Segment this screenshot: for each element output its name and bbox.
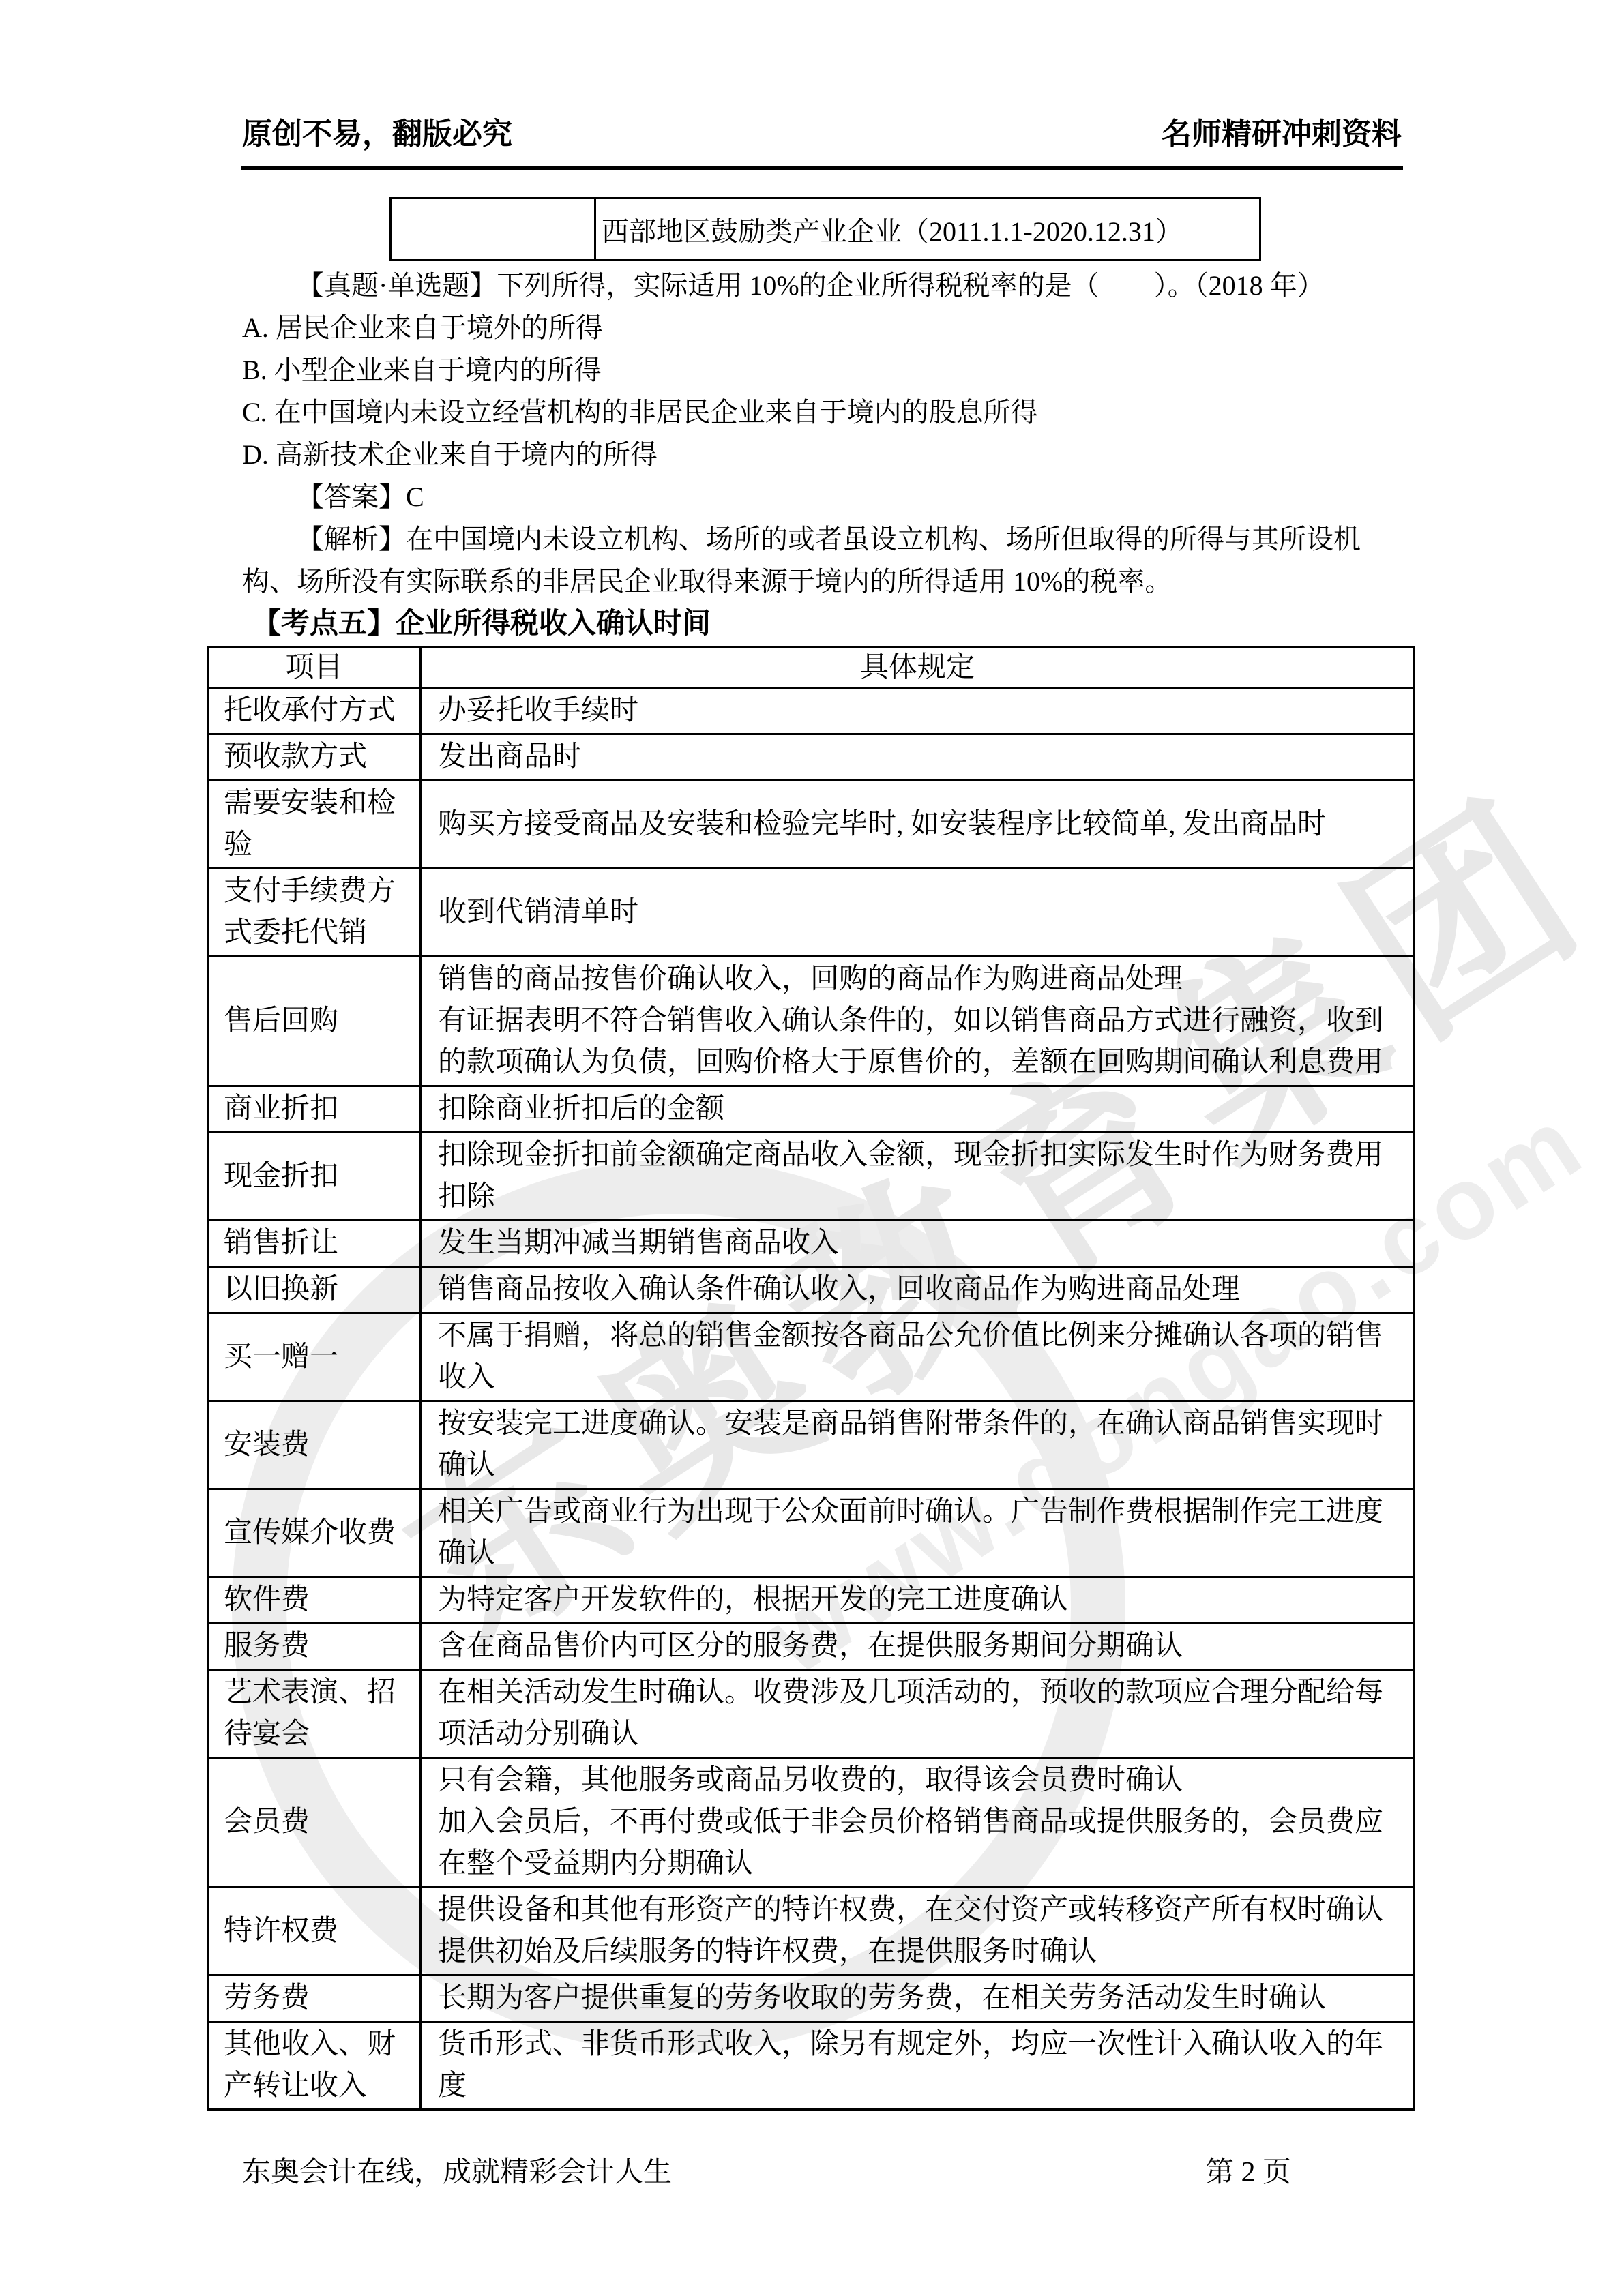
rule-paragraph: 不属于捐赠，将总的销售金额按各商品公允价值比例来分摊确认各项的销售收入: [438, 1315, 1405, 1399]
rule-paragraph: 加入会员后，不再付费或低于非会员价格销售商品或提供服务的，会员费应在整个受益期内…: [438, 1802, 1405, 1885]
rule-paragraph: 为特定客户开发软件的，根据开发的完工进度确认: [438, 1579, 1405, 1621]
revenue-recognition-table: 项目 具体规定 托收承付方式办妥托收手续时预收款方式发出商品时需要安装和检验购买…: [207, 646, 1415, 2111]
header-divider: [241, 166, 1403, 170]
item-cell: 以旧换新: [208, 1267, 421, 1313]
rule-cell: 销售的商品按售价确认收入，回购的商品作为购进商品处理有证据表明不符合销售收入确认…: [421, 957, 1415, 1086]
rule-cell: 发出商品时: [421, 734, 1415, 781]
question-option-a: A. 居民企业来自于境外的所得: [242, 307, 1402, 349]
page-number: 第 2 页: [1205, 2149, 1291, 2190]
table-row: 宣传媒介收费相关广告或商业行为出现于公众面前时确认。广告制作费根据制作完工进度确…: [208, 1489, 1415, 1577]
question-stem: 【真题·单选题】下列所得，实际适用 10%的企业所得税税率的是（ ）。（2018…: [242, 265, 1402, 307]
item-cell: 软件费: [208, 1577, 421, 1624]
rule-cell: 购买方接受商品及安装和检验完毕时, 如安装程序比较简单, 发出商品时: [421, 781, 1415, 869]
rule-cell: 扣除商业折扣后的金额: [421, 1086, 1415, 1133]
rule-cell: 为特定客户开发软件的，根据开发的完工进度确认: [421, 1577, 1415, 1624]
rule-cell: 相关广告或商业行为出现于公众面前时确认。广告制作费根据制作完工进度确认: [421, 1489, 1415, 1577]
rule-paragraph: 扣除现金折扣前金额确定商品收入金额，现金折扣实际发生时作为财务费用扣除: [438, 1135, 1405, 1218]
page-footer: 东奥会计在线，成就精彩会计人生 第 2 页: [242, 2149, 1402, 2190]
rule-cell: 提供设备和其他有形资产的特许权费，在交付资产或转移资产所有权时确认提供初始及后续…: [421, 1888, 1415, 1976]
analysis-text: 【解析】在中国境内未设立机构、场所的或者虽设立机构、场所但取得的所得与其所设机构…: [242, 518, 1402, 603]
rule-paragraph: 提供初始及后续服务的特许权费，在提供服务时确认: [438, 1931, 1405, 1973]
item-cell: 安装费: [208, 1401, 421, 1489]
rule-cell: 在相关活动发生时确认。收费涉及几项活动的，预收的款项应合理分配给每项活动分别确认: [421, 1670, 1415, 1758]
table-row: 售后回购销售的商品按售价确认收入，回购的商品作为购进商品处理有证据表明不符合销售…: [208, 957, 1415, 1086]
rule-paragraph: 扣除商业折扣后的金额: [438, 1088, 1405, 1130]
table-row: 软件费为特定客户开发软件的，根据开发的完工进度确认: [208, 1577, 1415, 1624]
table-row: 托收承付方式办妥托收手续时: [208, 688, 1415, 734]
table-row: 艺术表演、招待宴会在相关活动发生时确认。收费涉及几项活动的，预收的款项应合理分配…: [208, 1670, 1415, 1758]
item-cell: 托收承付方式: [208, 688, 421, 734]
table-row: 需要安装和检验购买方接受商品及安装和检验完毕时, 如安装程序比较简单, 发出商品…: [208, 781, 1415, 869]
rule-paragraph: 相关广告或商业行为出现于公众面前时确认。广告制作费根据制作完工进度确认: [438, 1491, 1405, 1575]
item-cell: 买一赠一: [208, 1313, 421, 1401]
rule-paragraph: 销售商品按收入确认条件确认收入，回收商品作为购进商品处理: [438, 1269, 1405, 1311]
item-cell: 艺术表演、招待宴会: [208, 1670, 421, 1758]
rule-cell: 货币形式、非货币形式收入，除另有规定外，均应一次性计入确认收入的年度: [421, 2022, 1415, 2110]
rule-paragraph: 在相关活动发生时确认。收费涉及几项活动的，预收的款项应合理分配给每项活动分别确认: [438, 1672, 1405, 1755]
rule-cell: 收到代销清单时: [421, 869, 1415, 957]
rule-paragraph: 办妥托收手续时: [438, 690, 1405, 732]
item-cell: 销售折让: [208, 1221, 421, 1267]
footer-slogan: 东奥会计在线，成就精彩会计人生: [242, 2157, 672, 2188]
item-cell: 服务费: [208, 1624, 421, 1670]
table-row: 支付手续费方式委托代销收到代销清单时: [208, 869, 1415, 957]
rule-paragraph: 只有会籍，其他服务或商品另收费的，取得该会员费时确认: [438, 1760, 1405, 1802]
rule-paragraph: 购买方接受商品及安装和检验完毕时, 如安装程序比较简单, 发出商品时: [438, 804, 1405, 846]
item-cell: 会员费: [208, 1758, 421, 1888]
table-row: 买一赠一不属于捐赠，将总的销售金额按各商品公允价值比例来分摊确认各项的销售收入: [208, 1313, 1415, 1401]
table-row: 预收款方式发出商品时: [208, 734, 1415, 781]
rule-cell: 办妥托收手续时: [421, 688, 1415, 734]
item-cell: 其他收入、财产转让收入: [208, 2022, 421, 2110]
rule-paragraph: 按安装完工进度确认。安装是商品销售附带条件的，在确认商品销售实现时确认: [438, 1403, 1405, 1487]
rule-paragraph: 销售的商品按售价确认收入，回购的商品作为购进商品处理: [438, 959, 1405, 1000]
rule-paragraph: 货币形式、非货币形式收入，除另有规定外，均应一次性计入确认收入的年度: [438, 2024, 1405, 2107]
item-cell: 商业折扣: [208, 1086, 421, 1133]
fragment-empty-cell: [392, 199, 596, 259]
item-cell: 售后回购: [208, 957, 421, 1086]
table-row: 特许权费提供设备和其他有形资产的特许权费，在交付资产或转移资产所有权时确认提供初…: [208, 1888, 1415, 1976]
table-row: 服务费含在商品售价内可区分的服务费，在提供服务期间分期确认: [208, 1624, 1415, 1670]
item-cell: 现金折扣: [208, 1133, 421, 1221]
answer-text: 【答案】C: [242, 476, 1402, 518]
table-row: 劳务费长期为客户提供重复的劳务收取的劳务费，在相关劳务活动发生时确认: [208, 1976, 1415, 2022]
table-row: 其他收入、财产转让收入货币形式、非货币形式收入，除另有规定外，均应一次性计入确认…: [208, 2022, 1415, 2110]
table-header-row: 项目 具体规定: [208, 648, 1415, 688]
header-left-notice: 原创不易，翻版必究: [242, 109, 512, 153]
page-header: 原创不易，翻版必究 名师精研冲刺资料: [242, 109, 1402, 153]
rule-cell: 长期为客户提供重复的劳务收取的劳务费，在相关劳务活动发生时确认: [421, 1976, 1415, 2022]
rule-cell: 扣除现金折扣前金额确定商品收入金额，现金折扣实际发生时作为财务费用扣除: [421, 1133, 1415, 1221]
header-right-title: 名师精研冲刺资料: [1162, 109, 1402, 153]
rule-paragraph: 长期为客户提供重复的劳务收取的劳务费，在相关劳务活动发生时确认: [438, 1978, 1405, 2019]
rule-paragraph: 提供设备和其他有形资产的特许权费，在交付资产或转移资产所有权时确认: [438, 1890, 1405, 1931]
question-option-c: C. 在中国境内未设立经营机构的非居民企业来自于境内的股息所得: [242, 391, 1402, 434]
item-cell: 需要安装和检验: [208, 781, 421, 869]
table-row: 安装费按安装完工进度确认。安装是商品销售附带条件的，在确认商品销售实现时确认: [208, 1401, 1415, 1489]
table-row: 会员费只有会籍，其他服务或商品另收费的，取得该会员费时确认加入会员后，不再付费或…: [208, 1758, 1415, 1888]
table-row: 现金折扣扣除现金折扣前金额确定商品收入金额，现金折扣实际发生时作为财务费用扣除: [208, 1133, 1415, 1221]
page-body: 【真题·单选题】下列所得，实际适用 10%的企业所得税税率的是（ ）。（2018…: [242, 265, 1402, 2111]
rule-paragraph: 发生当期冲减当期销售商品收入: [438, 1223, 1405, 1264]
table-row: 以旧换新销售商品按收入确认条件确认收入，回收商品作为购进商品处理: [208, 1267, 1415, 1313]
item-cell: 预收款方式: [208, 734, 421, 781]
rule-cell: 发生当期冲减当期销售商品收入: [421, 1221, 1415, 1267]
item-cell: 特许权费: [208, 1888, 421, 1976]
rule-paragraph: 含在商品售价内可区分的服务费，在提供服务期间分期确认: [438, 1626, 1405, 1667]
rule-paragraph: 有证据表明不符合销售收入确认条件的，如以销售商品方式进行融资，收到的款项确认为负…: [438, 1000, 1405, 1084]
column-header-rule: 具体规定: [421, 648, 1415, 688]
item-cell: 劳务费: [208, 1976, 421, 2022]
rule-cell: 只有会籍，其他服务或商品另收费的，取得该会员费时确认加入会员后，不再付费或低于非…: [421, 1758, 1415, 1888]
item-cell: 宣传媒介收费: [208, 1489, 421, 1577]
item-cell: 支付手续费方式委托代销: [208, 869, 421, 957]
rule-cell: 不属于捐赠，将总的销售金额按各商品公允价值比例来分摊确认各项的销售收入: [421, 1313, 1415, 1401]
fragment-policy-cell: 西部地区鼓励类产业企业（2011.1.1-2020.12.31）: [596, 199, 1259, 259]
rule-paragraph: 收到代销清单时: [438, 892, 1405, 934]
question-option-d: D. 高新技术企业来自于境内的所得: [242, 434, 1402, 476]
column-header-item: 项目: [208, 648, 421, 688]
section-title: 【考点五】企业所得税收入确认时间: [252, 603, 1402, 645]
rule-cell: 销售商品按收入确认条件确认收入，回收商品作为购进商品处理: [421, 1267, 1415, 1313]
question-option-b: B. 小型企业来自于境内的所得: [242, 349, 1402, 391]
rule-cell: 含在商品售价内可区分的服务费，在提供服务期间分期确认: [421, 1624, 1415, 1670]
rule-cell: 按安装完工进度确认。安装是商品销售附带条件的，在确认商品销售实现时确认: [421, 1401, 1415, 1489]
rule-paragraph: 发出商品时: [438, 736, 1405, 778]
table-row: 销售折让发生当期冲减当期销售商品收入: [208, 1221, 1415, 1267]
table-row: 商业折扣扣除商业折扣后的金额: [208, 1086, 1415, 1133]
fragment-table: 西部地区鼓励类产业企业（2011.1.1-2020.12.31）: [389, 197, 1261, 261]
